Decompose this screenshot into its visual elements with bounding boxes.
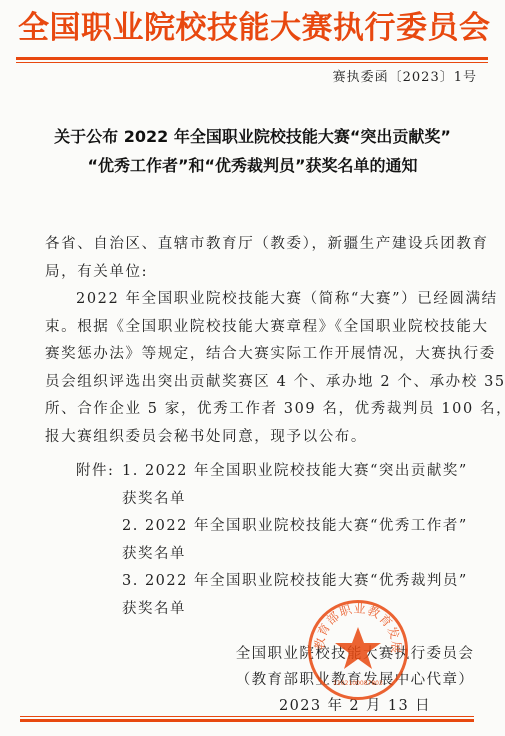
attachment-title: 1. 2022 年全国职业院校技能大赛“突出贡献奖” bbox=[122, 458, 468, 486]
official-seal-stamp: 教育部职业教育发展中心 1102100087803 bbox=[308, 600, 408, 700]
attachment-item-cont: 获奖名单 bbox=[76, 541, 496, 569]
seal-star-icon: 教育部职业教育发展中心 1102100087803 bbox=[311, 603, 405, 697]
attachments-list: 附件: 1. 2022 年全国职业院校技能大赛“突出贡献奖” 获奖名单 2. 2… bbox=[76, 458, 496, 623]
paragraph-line: 报大赛组织委员会秘书处同意，现予以公布。 bbox=[45, 424, 475, 452]
attachments-label: 附件: bbox=[76, 458, 122, 486]
attachment-title: 2. 2022 年全国职业院校技能大赛“优秀工作者” bbox=[122, 513, 468, 541]
notice-title-line-2: “优秀工作者”和“优秀裁判员”获奖名单的通知 bbox=[0, 153, 505, 176]
paragraph-line: 2022 年全国职业院校技能大赛（简称“大赛”）已经圆满结 bbox=[45, 286, 475, 314]
svg-text:1102100087803: 1102100087803 bbox=[333, 680, 383, 687]
salutation-line: 局，有关单位: bbox=[45, 259, 475, 287]
attachment-item: 附件: 1. 2022 年全国职业院校技能大赛“突出贡献奖” bbox=[76, 458, 496, 486]
attachment-item: 3. 2022 年全国职业院校技能大赛“优秀裁判员” bbox=[76, 568, 496, 596]
attachment-title: 3. 2022 年全国职业院校技能大赛“优秀裁判员” bbox=[122, 568, 468, 596]
footer-rule-thin bbox=[20, 716, 474, 717]
attachment-item-cont: 获奖名单 bbox=[76, 596, 496, 624]
paragraph-line: 赛奖惩办法》等规定，结合大赛实际工作开展情况，大赛执行委 bbox=[45, 341, 475, 369]
paragraph-line: 所、合作企业 5 家，优秀工作者 309 名，优秀裁判员 100 名，经 bbox=[45, 396, 475, 424]
notice-body: 各省、自治区、直辖市教育厅（教委），新疆生产建设兵团教育 局，有关单位: 202… bbox=[45, 231, 475, 451]
attachment-item: 2. 2022 年全国职业院校技能大赛“优秀工作者” bbox=[76, 513, 496, 541]
header-rule-thin bbox=[16, 62, 488, 63]
notice-title-line-1: 关于公布 2022 年全国职业院校技能大赛“突出贡献奖” bbox=[0, 124, 505, 147]
paragraph-line: 束。根据《全国职业院校技能大赛章程》《全国职业院校技能大 bbox=[45, 314, 475, 342]
paragraph-line: 员会组织评选出突出贡献奖赛区 4 个、承办地 2 个、承办校 35 bbox=[45, 369, 475, 397]
attachment-title-cont: 获奖名单 bbox=[122, 541, 186, 569]
document-page: 全国职业院校技能大赛执行委员会 赛执委函〔2023〕1号 关于公布 2022 年… bbox=[0, 0, 505, 736]
attachment-title-cont: 获奖名单 bbox=[122, 596, 186, 624]
header-rule-thick bbox=[16, 57, 488, 60]
salutation-line: 各省、自治区、直辖市教育厅（教委），新疆生产建设兵团教育 bbox=[45, 231, 475, 259]
attachment-title-cont: 获奖名单 bbox=[122, 486, 186, 514]
document-number: 赛执委函〔2023〕1号 bbox=[333, 66, 477, 85]
attachment-item-cont: 获奖名单 bbox=[76, 486, 496, 514]
footer-rule-thick bbox=[20, 719, 474, 722]
organization-header: 全国职业院校技能大赛执行委员会 bbox=[18, 8, 488, 48]
